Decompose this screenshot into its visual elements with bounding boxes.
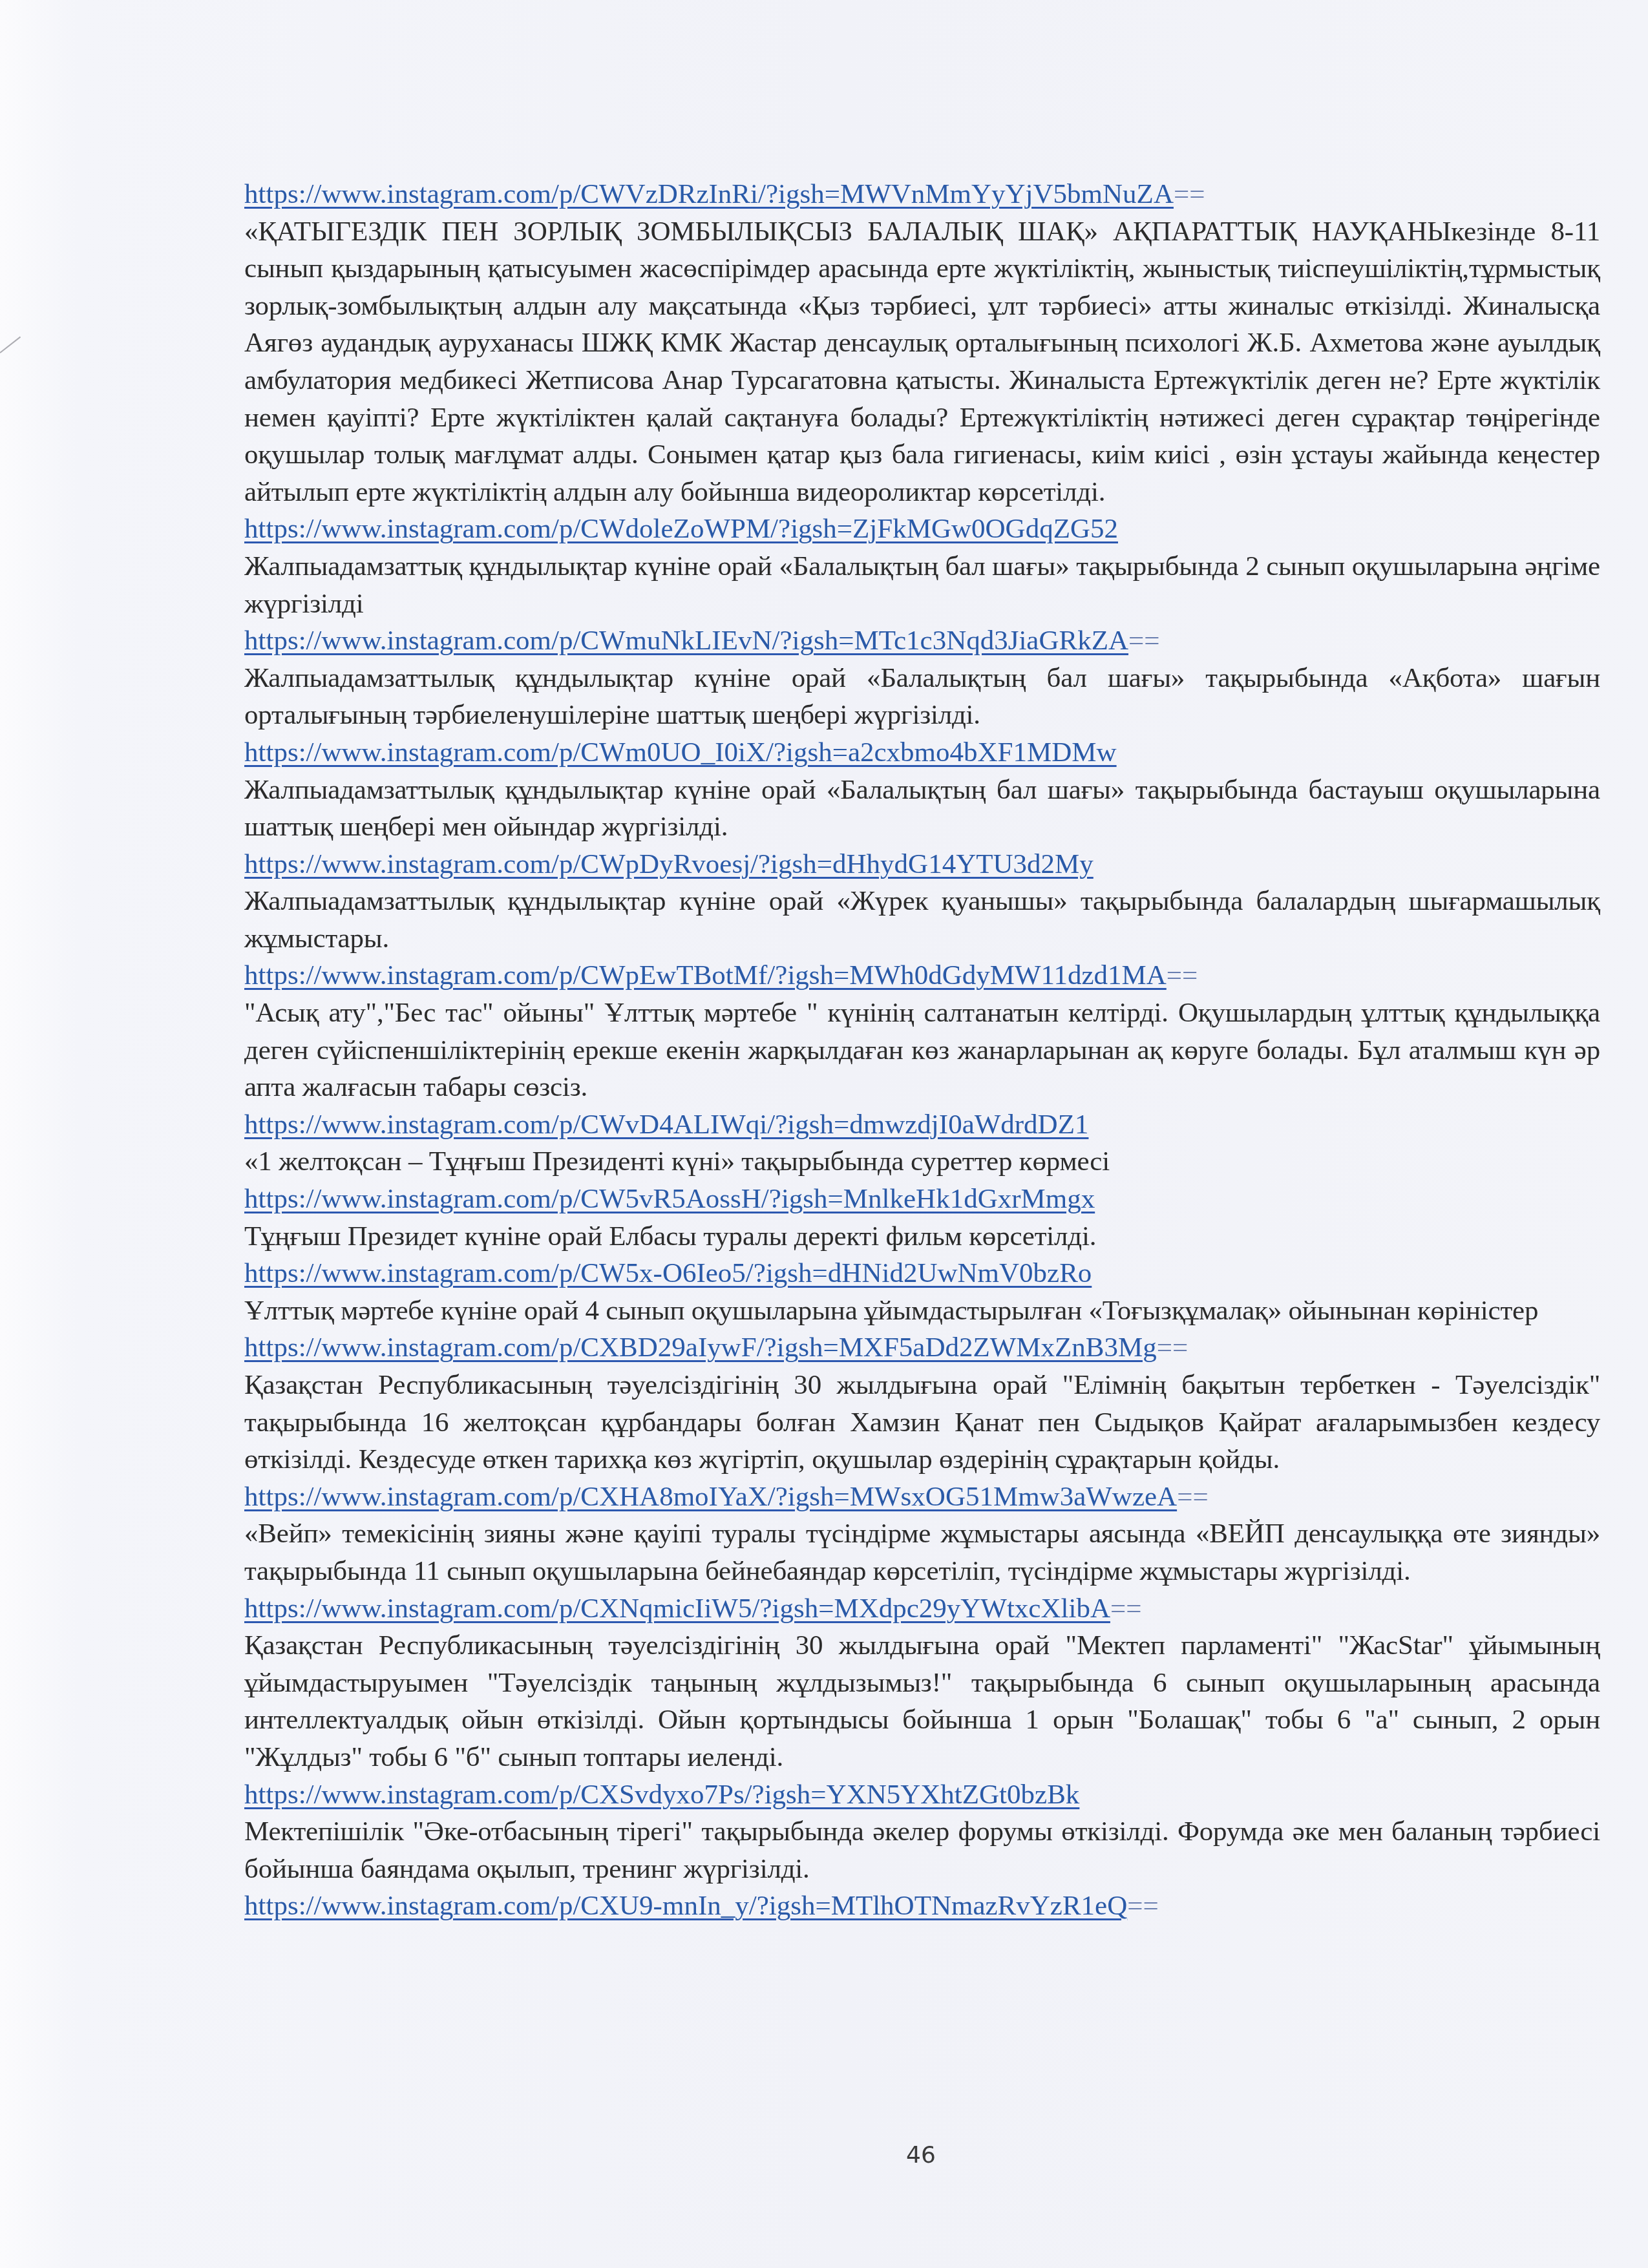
instagram-post-link[interactable]: https://www.instagram.com/p/CWVzDRzInRi/… xyxy=(244,179,1174,209)
event-description: Қазақстан Республикасының тәуелсіздігіні… xyxy=(244,1627,1600,1776)
event-description: Жалпыадамзаттылық құндылықтар күніне ора… xyxy=(244,883,1600,957)
event-description: Қазақстан Республикасының тәуелсіздігіні… xyxy=(244,1367,1600,1478)
event-description: «1 желтоқсан – Тұңғыш Президенті күні» т… xyxy=(244,1143,1600,1181)
instagram-post-link[interactable]: https://www.instagram.com/p/CWmuNkLIEvN/… xyxy=(244,625,1128,656)
instagram-link-line: https://www.instagram.com/p/CXNqmicIiW5/… xyxy=(244,1590,1600,1628)
instagram-link-line: https://www.instagram.com/p/CXSvdyxo7Ps/… xyxy=(244,1776,1600,1814)
page-number: 46 xyxy=(0,2142,1648,2168)
instagram-link-line: https://www.instagram.com/p/CWVzDRzInRi/… xyxy=(244,176,1600,213)
instagram-link-line: https://www.instagram.com/p/CW5vR5AossH/… xyxy=(244,1181,1600,1218)
instagram-link-line: https://www.instagram.com/p/CWdoleZoWPM/… xyxy=(244,510,1600,548)
instagram-post-link[interactable]: https://www.instagram.com/p/CWm0UO_I0iX/… xyxy=(244,737,1117,768)
instagram-link-line: https://www.instagram.com/p/CWvD4ALIWqi/… xyxy=(244,1106,1600,1144)
link-suffix: == xyxy=(1110,1593,1142,1624)
instagram-post-link[interactable]: https://www.instagram.com/p/CW5x-O6Ieo5/… xyxy=(244,1258,1092,1288)
event-description: «Вейп» темекісінің зияны және қауіпі тур… xyxy=(244,1515,1600,1590)
event-description: "Асық ату","Бес тас" ойыны" Ұлттық мәрте… xyxy=(244,994,1600,1106)
event-description: Ұлттық мәртебе күніне орай 4 сынып оқушы… xyxy=(244,1292,1600,1330)
instagram-link-line: https://www.instagram.com/p/CXBD29aIywF/… xyxy=(244,1329,1600,1367)
instagram-link-line: https://www.instagram.com/p/CXU9-mnIn_y/… xyxy=(244,1887,1600,1925)
event-description: Мектепішілік "Әке-отбасының тірегі" тақы… xyxy=(244,1813,1600,1887)
link-suffix: == xyxy=(1167,960,1198,991)
event-description: Жалпыадамзаттылық құндылықтар күніне ора… xyxy=(244,772,1600,846)
instagram-link-line: https://www.instagram.com/p/CWpEwTBotMf/… xyxy=(244,957,1600,994)
link-suffix: == xyxy=(1128,625,1160,656)
instagram-post-link[interactable]: https://www.instagram.com/p/CWdoleZoWPM/… xyxy=(244,514,1118,544)
link-suffix: == xyxy=(1174,179,1205,209)
instagram-post-link[interactable]: https://www.instagram.com/p/CXBD29aIywF/… xyxy=(244,1332,1157,1363)
instagram-post-link[interactable]: https://www.instagram.com/p/CW5vR5AossH/… xyxy=(244,1184,1095,1214)
instagram-link-line: https://www.instagram.com/p/CXHA8moIYaX/… xyxy=(244,1478,1600,1516)
instagram-link-line: https://www.instagram.com/p/CWm0UO_I0iX/… xyxy=(244,734,1600,772)
link-suffix: == xyxy=(1177,1482,1209,1512)
instagram-link-line: https://www.instagram.com/p/CW5x-O6Ieo5/… xyxy=(244,1255,1600,1292)
event-description: Жалпыадамзаттылық құндылықтар күніне ора… xyxy=(244,660,1600,734)
scan-pen-mark xyxy=(0,337,21,353)
event-description: Жалпыадамзаттық құндылықтар күніне орай … xyxy=(244,548,1600,622)
instagram-link-line: https://www.instagram.com/p/CWpDyRvoesj/… xyxy=(244,846,1600,883)
instagram-post-link[interactable]: https://www.instagram.com/p/CXU9-mnIn_y/… xyxy=(244,1891,1127,1921)
instagram-post-link[interactable]: https://www.instagram.com/p/CXSvdyxo7Ps/… xyxy=(244,1780,1079,1810)
link-suffix: == xyxy=(1157,1332,1188,1363)
instagram-post-link[interactable]: https://www.instagram.com/p/CXNqmicIiW5/… xyxy=(244,1593,1110,1624)
instagram-link-line: https://www.instagram.com/p/CWmuNkLIEvN/… xyxy=(244,622,1600,660)
link-suffix: == xyxy=(1127,1891,1159,1921)
document-page: https://www.instagram.com/p/CWVzDRzInRi/… xyxy=(0,0,1648,2268)
instagram-post-link[interactable]: https://www.instagram.com/p/CXHA8moIYaX/… xyxy=(244,1482,1177,1512)
instagram-post-link[interactable]: https://www.instagram.com/p/CWvD4ALIWqi/… xyxy=(244,1109,1088,1140)
event-description: «ҚАТЫГЕЗДІК ПЕН ЗОРЛЫҚ ЗОМБЫЛЫҚСЫЗ БАЛАЛ… xyxy=(244,213,1600,511)
event-description: Тұңғыш Президет күніне орай Елбасы турал… xyxy=(244,1218,1600,1255)
instagram-post-link[interactable]: https://www.instagram.com/p/CWpDyRvoesj/… xyxy=(244,849,1093,879)
instagram-post-link[interactable]: https://www.instagram.com/p/CWpEwTBotMf/… xyxy=(244,960,1167,991)
document-body: https://www.instagram.com/p/CWVzDRzInRi/… xyxy=(244,176,1600,1925)
